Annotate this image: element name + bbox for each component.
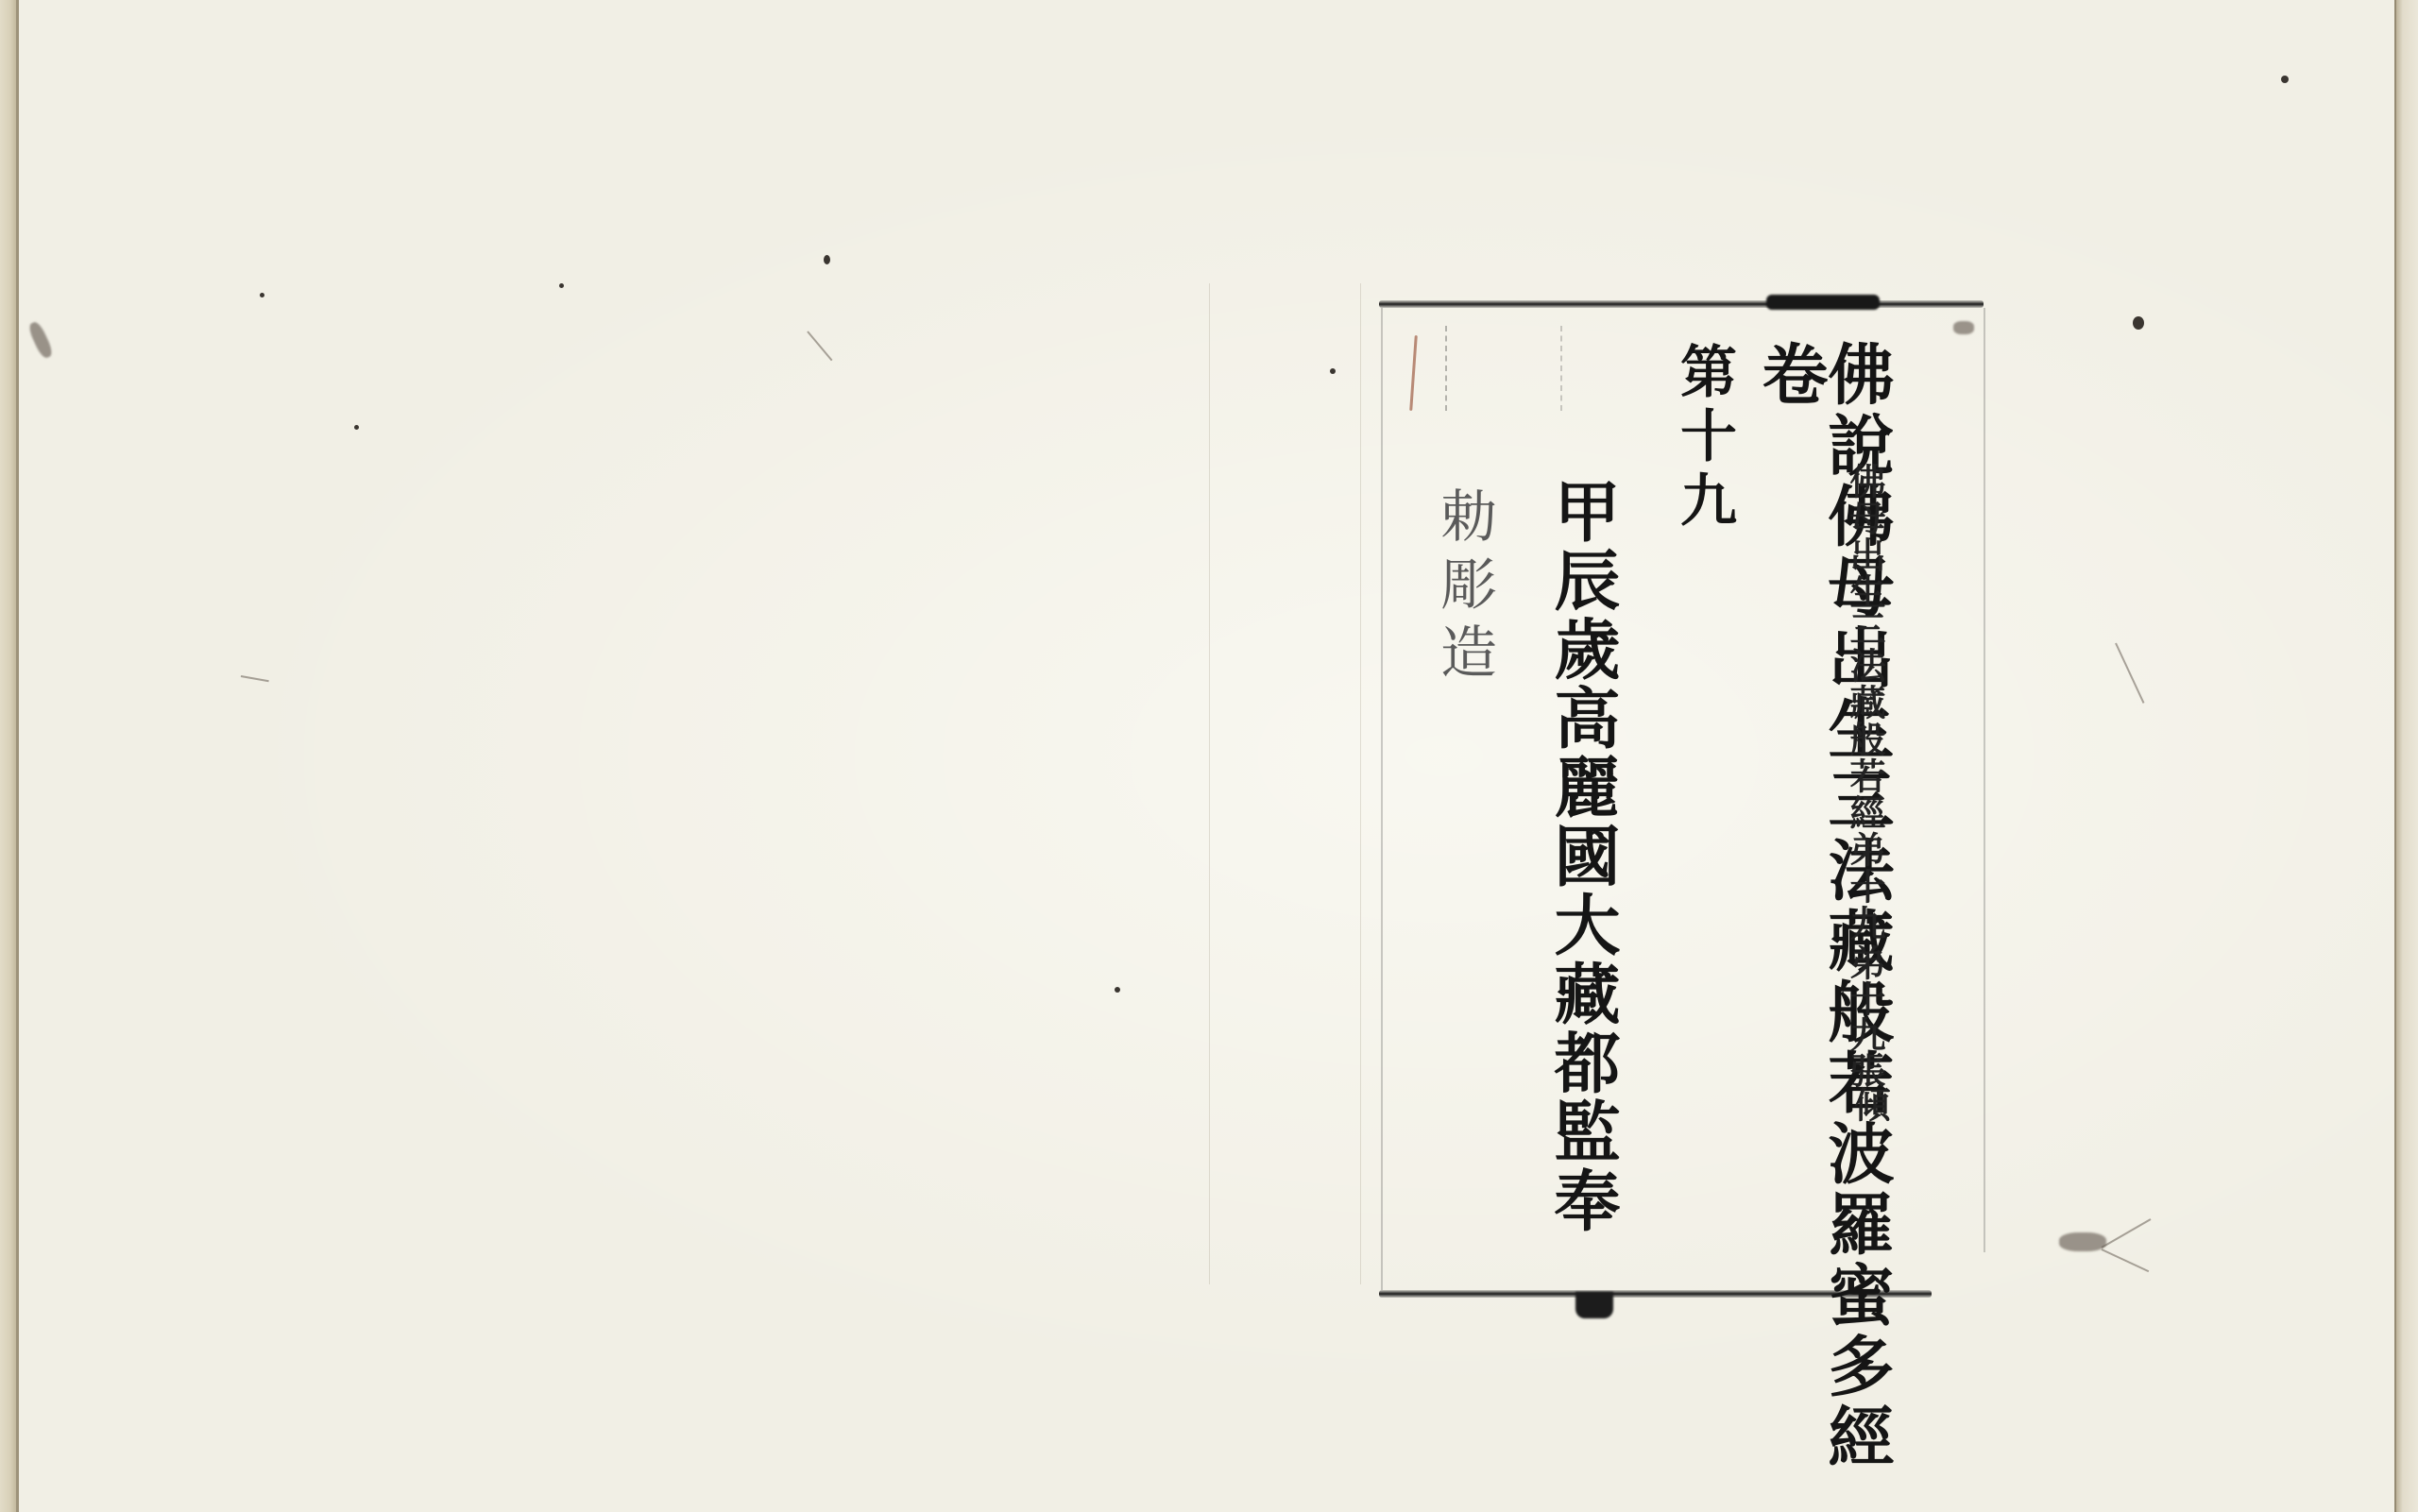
frame-top-border: [1379, 300, 1984, 308]
ink-speck: [2281, 76, 2289, 83]
marginal-title-note: 佛母出生三法藏般若經弟十九: [1847, 463, 1882, 942]
stain-mark: [1953, 321, 1974, 334]
right-page-margin: [2396, 0, 2418, 1512]
ink-speck: [354, 425, 359, 430]
imperial-carving-line: 勅彫造: [1436, 486, 1492, 690]
frame-bottom-mark: [1575, 1292, 1613, 1318]
scribe-mark: 傾: [1851, 1086, 1887, 1122]
ink-speck: [824, 255, 830, 264]
ink-speck: [260, 293, 264, 297]
volume-number: 第十九: [1676, 342, 1732, 535]
ink-speck: [1115, 987, 1120, 993]
fold-line: [1209, 283, 1210, 1284]
publication-date-line: 甲辰歲高麗國大藏都監奉: [1549, 477, 1615, 1235]
fold-line: [1360, 283, 1361, 1284]
ink-speck: [559, 283, 564, 288]
ink-speck: [1330, 368, 1336, 374]
ink-speck: [2133, 316, 2144, 330]
page-number-note: 弟十九張: [1847, 944, 1882, 1088]
scanned-page: 佛說佛母出生三法藏般若波羅蜜多經卷 佛母出生三法藏般若經弟十九 弟十九張 傾 第…: [0, 0, 2418, 1512]
frame-right-border: [1984, 308, 1985, 1252]
frame-left-border: [1381, 308, 1383, 1290]
left-page-margin: [0, 0, 17, 1512]
faded-ruling-lines: [1445, 326, 1562, 411]
frame-top-mark: [1766, 295, 1880, 310]
paper-sheet: [19, 0, 2394, 1512]
stain-mark: [2059, 1232, 2106, 1251]
